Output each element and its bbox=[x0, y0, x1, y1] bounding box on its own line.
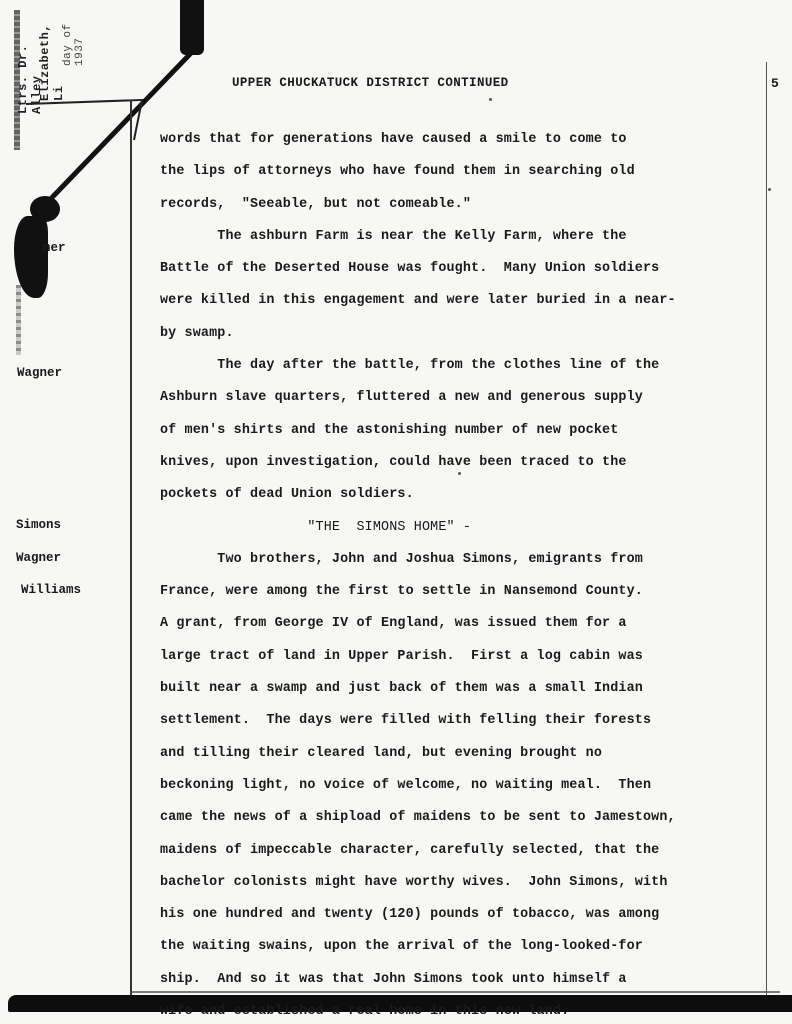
text-line: words that for generations have caused a… bbox=[160, 124, 760, 156]
text-line: large tract of land in Upper Parish. Fir… bbox=[160, 641, 760, 673]
page-number: 5 bbox=[771, 76, 779, 91]
text-line: settlement. The days were filled with fe… bbox=[160, 705, 760, 737]
text-line: the waiting swains, upon the arrival of … bbox=[160, 931, 760, 963]
text-line: maidens of impeccable character, careful… bbox=[160, 835, 760, 867]
text-line: and tilling their cleared land, but even… bbox=[160, 738, 760, 770]
margin-name: ner bbox=[43, 241, 66, 255]
text-line: beckoning light, no voice of welcome, no… bbox=[160, 770, 760, 802]
text-line: built near a swamp and just back of them… bbox=[160, 673, 760, 705]
text-line: Ashburn slave quarters, fluttered a new … bbox=[160, 382, 760, 414]
page-header: UPPER CHUCKATUCK DISTRICT CONTINUED bbox=[232, 76, 509, 90]
body-text: words that for generations have caused a… bbox=[160, 124, 760, 1024]
margin-name: Williams bbox=[21, 583, 81, 597]
page-border-left bbox=[130, 100, 132, 995]
text-line: pockets of dead Union soldiers. bbox=[160, 479, 760, 511]
text-line: knives, upon investigation, could have b… bbox=[160, 447, 760, 479]
text-line: wife and established a real home in this… bbox=[160, 996, 760, 1024]
margin-name: Simons bbox=[16, 518, 61, 532]
text-line: of men's shirts and the astonishing numb… bbox=[160, 415, 760, 447]
text-line: were killed in this engagement and were … bbox=[160, 285, 760, 317]
text-line: The day after the battle, from the cloth… bbox=[160, 350, 760, 382]
text-line: ship. And so it was that John Simons too… bbox=[160, 964, 760, 996]
text-line: Battle of the Deserted House was fought.… bbox=[160, 253, 760, 285]
text-line: France, were among the first to settle i… bbox=[160, 576, 760, 608]
text-line: records, "Seeable, but not comeable." bbox=[160, 189, 760, 221]
text-line: The ashburn Farm is near the Kelly Farm,… bbox=[160, 221, 760, 253]
text-line: Two brothers, John and Joshua Simons, em… bbox=[160, 544, 760, 576]
speck bbox=[768, 188, 771, 191]
text-line: by swamp. bbox=[160, 318, 760, 350]
text-line: the lips of attorneys who have found the… bbox=[160, 156, 760, 188]
margin-name: Wagner bbox=[17, 366, 62, 380]
speck bbox=[489, 98, 492, 101]
margin-name: Wagner bbox=[16, 551, 61, 565]
text-line: came the news of a shipload of maidens t… bbox=[160, 802, 760, 834]
page-border-right bbox=[766, 62, 767, 997]
text-line: A grant, from George IV of England, was … bbox=[160, 608, 760, 640]
text-line: bachelor colonists might have worthy wiv… bbox=[160, 867, 760, 899]
text-line: his one hundred and twenty (120) pounds … bbox=[160, 899, 760, 931]
section-subheading: "THE SIMONS HOME" - bbox=[160, 512, 760, 544]
